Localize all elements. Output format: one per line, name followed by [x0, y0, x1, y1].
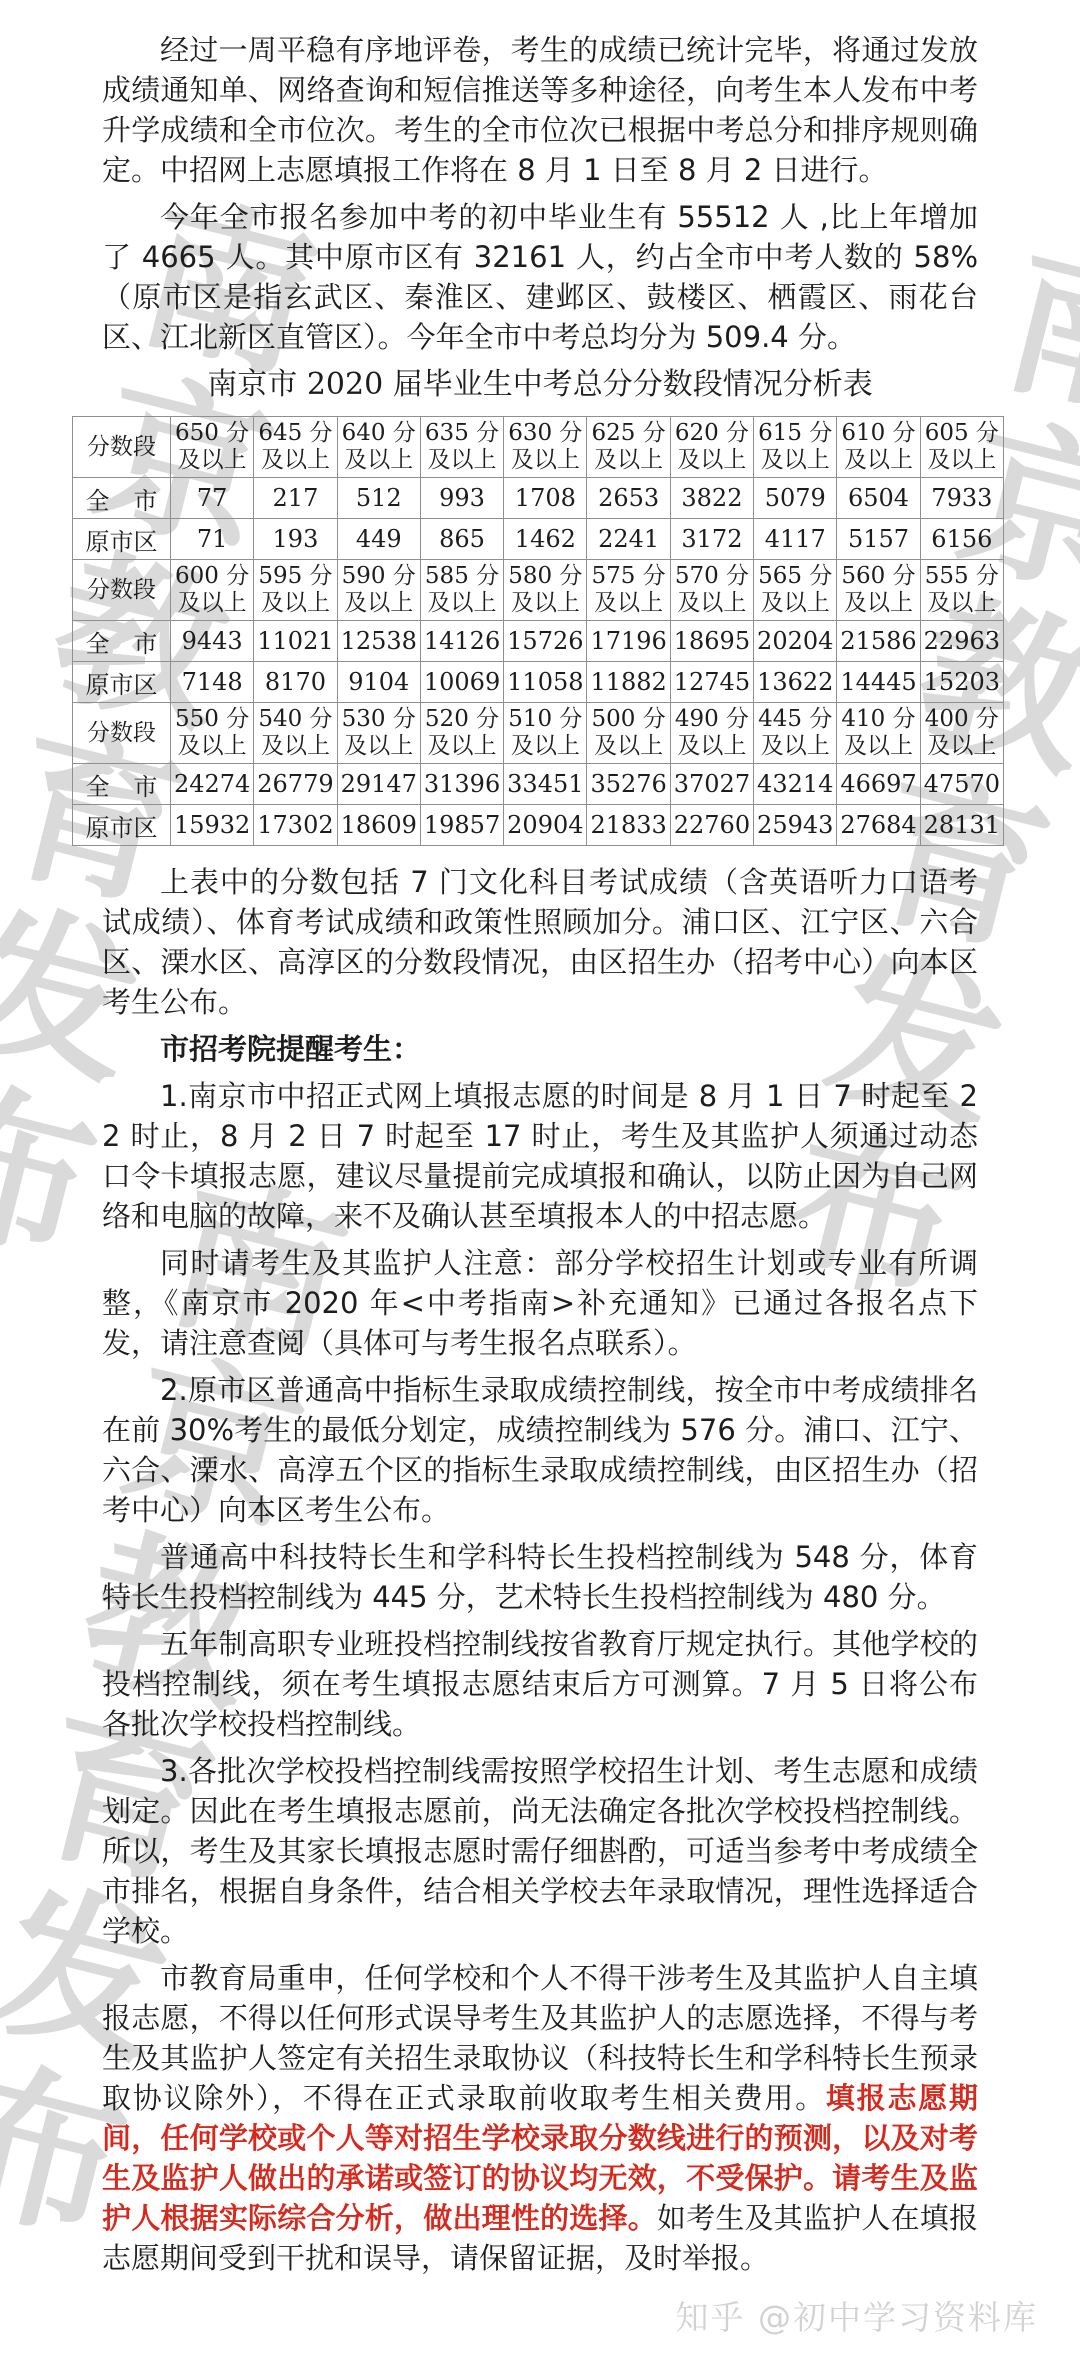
segment-cell: 610 分及以上 — [837, 417, 920, 478]
segment-cell: 410 分及以上 — [837, 703, 920, 764]
segment-cell: 635 分及以上 — [420, 417, 503, 478]
segment-suffix: 及以上 — [421, 447, 503, 474]
count-cell: 17196 — [587, 621, 670, 662]
count-cell: 5157 — [837, 519, 920, 560]
segment-score: 510 分 — [504, 706, 586, 733]
segment-score: 635 分 — [421, 420, 503, 447]
segment-score: 575 分 — [587, 563, 669, 590]
segment-header-label: 分数段 — [73, 560, 171, 621]
count-cell: 865 — [420, 519, 503, 560]
count-cell: 37027 — [670, 764, 753, 805]
paragraph-special-student-lines: 普通高中科技特长生和学科特长生投档控制线为 548 分，体育特长生投档控制线为 … — [102, 1537, 978, 1617]
segment-cell: 580 分及以上 — [504, 560, 587, 621]
count-cell: 449 — [337, 519, 420, 560]
count-cell: 2241 — [587, 519, 670, 560]
segment-score: 590 分 — [338, 563, 420, 590]
reminder-heading: 市招考院提醒考生： — [102, 1029, 978, 1069]
count-cell: 11021 — [254, 621, 337, 662]
segment-cell: 500 分及以上 — [587, 703, 670, 764]
count-cell: 71 — [171, 519, 254, 560]
segment-suffix: 及以上 — [254, 447, 336, 474]
count-cell: 12745 — [670, 662, 753, 703]
count-cell: 19857 — [420, 805, 503, 846]
segment-cell: 510 分及以上 — [504, 703, 587, 764]
segment-suffix: 及以上 — [921, 447, 1003, 474]
segment-cell: 600 分及以上 — [171, 560, 254, 621]
segment-score: 410 分 — [837, 706, 919, 733]
count-cell: 25943 — [754, 805, 837, 846]
segment-score: 600 分 — [171, 563, 253, 590]
paragraph-bureau-reiterate: 市教育局重申，任何学校和个人不得干涉考生及其监护人自主填报志愿，不得以任何形式误… — [102, 1958, 978, 2278]
segment-score: 570 分 — [671, 563, 753, 590]
score-distribution-table: 分数段650 分及以上645 分及以上640 分及以上635 分及以上630 分… — [72, 416, 1004, 846]
segment-suffix: 及以上 — [587, 733, 669, 760]
segment-suffix: 及以上 — [671, 733, 753, 760]
segment-cell: 650 分及以上 — [171, 417, 254, 478]
segment-cell: 400 分及以上 — [920, 703, 1003, 764]
count-cell: 5079 — [754, 478, 837, 519]
segment-header-label: 分数段 — [73, 417, 171, 478]
segment-score: 650 分 — [171, 420, 253, 447]
segment-cell: 615 分及以上 — [754, 417, 837, 478]
count-cell: 35276 — [587, 764, 670, 805]
segment-header-row: 分数段550 分及以上540 分及以上530 分及以上520 分及以上510 分… — [73, 703, 1004, 764]
paragraph-batch-lines: 3.各批次学校投档控制线需按照学校招生计划、考生志愿和成绩划定。因此在考生填报志… — [102, 1751, 978, 1951]
count-cell: 21586 — [837, 621, 920, 662]
segment-score: 550 分 — [171, 706, 253, 733]
segment-cell: 550 分及以上 — [171, 703, 254, 764]
segment-cell: 585 分及以上 — [420, 560, 503, 621]
count-cell: 47570 — [920, 764, 1003, 805]
segment-suffix: 及以上 — [504, 447, 586, 474]
citywide-row: 全 市2427426779291473139633451352763702743… — [73, 764, 1004, 805]
count-cell: 15726 — [504, 621, 587, 662]
row-label: 原市区 — [73, 519, 171, 560]
segment-suffix: 及以上 — [338, 447, 420, 474]
count-cell: 24274 — [171, 764, 254, 805]
score-table-body: 分数段650 分及以上645 分及以上640 分及以上635 分及以上630 分… — [73, 417, 1004, 846]
segment-cell: 575 分及以上 — [587, 560, 670, 621]
old-district-row: 原市区1593217302186091985720904218332276025… — [73, 805, 1004, 846]
count-cell: 2653 — [587, 478, 670, 519]
segment-suffix: 及以上 — [754, 590, 836, 617]
segment-cell: 530 分及以上 — [337, 703, 420, 764]
citywide-row: 全 市77217512993170826533822507965047933 — [73, 478, 1004, 519]
segment-score: 605 分 — [921, 420, 1003, 447]
segment-suffix: 及以上 — [504, 590, 586, 617]
segment-cell: 590 分及以上 — [337, 560, 420, 621]
count-cell: 9443 — [171, 621, 254, 662]
count-cell: 11058 — [504, 662, 587, 703]
count-cell: 217 — [254, 478, 337, 519]
count-cell: 77 — [171, 478, 254, 519]
count-cell: 17302 — [254, 805, 337, 846]
paragraph-quota-control-line: 2.原市区普通高中指标生录取成绩控制线，按全市中考成绩排名在前 30%考生的最低… — [102, 1370, 978, 1530]
segment-suffix: 及以上 — [587, 590, 669, 617]
score-table-title: 南京市 2020 届毕业生中考总分分数段情况分析表 — [102, 364, 978, 406]
count-cell: 7148 — [171, 662, 254, 703]
count-cell: 33451 — [504, 764, 587, 805]
segment-cell: 555 分及以上 — [920, 560, 1003, 621]
citywide-row: 全 市9443110211253814126157261719618695202… — [73, 621, 1004, 662]
count-cell: 7933 — [920, 478, 1003, 519]
count-cell: 21833 — [587, 805, 670, 846]
segment-cell: 560 分及以上 — [837, 560, 920, 621]
segment-suffix: 及以上 — [504, 733, 586, 760]
count-cell: 26779 — [254, 764, 337, 805]
segment-suffix: 及以上 — [754, 733, 836, 760]
segment-score: 565 分 — [754, 563, 836, 590]
segment-cell: 605 分及以上 — [920, 417, 1003, 478]
segment-score: 595 分 — [254, 563, 336, 590]
segment-cell: 540 分及以上 — [254, 703, 337, 764]
paragraph-plan-adjustment: 同时请考生及其监护人注意：部分学校招生计划或专业有所调整，《南京市 2020 年… — [102, 1243, 978, 1363]
count-cell: 3172 — [670, 519, 753, 560]
count-cell: 13622 — [754, 662, 837, 703]
row-label: 全 市 — [73, 478, 171, 519]
count-cell: 14445 — [837, 662, 920, 703]
segment-suffix: 及以上 — [587, 447, 669, 474]
count-cell: 993 — [420, 478, 503, 519]
row-label: 原市区 — [73, 805, 171, 846]
segment-score: 560 分 — [837, 563, 919, 590]
segment-suffix: 及以上 — [837, 447, 919, 474]
count-cell: 3822 — [670, 478, 753, 519]
segment-suffix: 及以上 — [421, 590, 503, 617]
segment-score: 500 分 — [587, 706, 669, 733]
segment-score: 610 分 — [837, 420, 919, 447]
segment-header-row: 分数段650 分及以上645 分及以上640 分及以上635 分及以上630 分… — [73, 417, 1004, 478]
count-cell: 15932 — [171, 805, 254, 846]
old-district-row: 原市区71193449865146222413172411751576156 — [73, 519, 1004, 560]
segment-cell: 445 分及以上 — [754, 703, 837, 764]
segment-score: 580 分 — [504, 563, 586, 590]
segment-suffix: 及以上 — [171, 590, 253, 617]
segment-header-row: 分数段600 分及以上595 分及以上590 分及以上585 分及以上580 分… — [73, 560, 1004, 621]
segment-suffix: 及以上 — [421, 733, 503, 760]
segment-suffix: 及以上 — [754, 447, 836, 474]
segment-cell: 645 分及以上 — [254, 417, 337, 478]
count-cell: 22760 — [670, 805, 753, 846]
segment-cell: 620 分及以上 — [670, 417, 753, 478]
segment-cell: 640 分及以上 — [337, 417, 420, 478]
segment-cell: 570 分及以上 — [670, 560, 753, 621]
count-cell: 31396 — [420, 764, 503, 805]
count-cell: 14126 — [420, 621, 503, 662]
old-district-row: 原市区7148817091041006911058118821274513622… — [73, 662, 1004, 703]
zhihu-credit-watermark: 知乎 @初中学习资料库 — [676, 2292, 1039, 2339]
segment-suffix: 及以上 — [171, 733, 253, 760]
count-cell: 1462 — [504, 519, 587, 560]
row-label: 原市区 — [73, 662, 171, 703]
paragraph-vocational-lines: 五年制高职专业班投档控制线按省教育厅规定执行。其他学校的投档控制线，须在考生填报… — [102, 1624, 978, 1744]
segment-cell: 565 分及以上 — [754, 560, 837, 621]
count-cell: 43214 — [754, 764, 837, 805]
segment-suffix: 及以上 — [671, 590, 753, 617]
segment-score: 620 分 — [671, 420, 753, 447]
segment-score: 640 分 — [338, 420, 420, 447]
count-cell: 46697 — [837, 764, 920, 805]
segment-suffix: 及以上 — [171, 447, 253, 474]
segment-score: 520 分 — [421, 706, 503, 733]
segment-suffix: 及以上 — [254, 733, 336, 760]
segment-score: 400 分 — [921, 706, 1003, 733]
count-cell: 15203 — [920, 662, 1003, 703]
count-cell: 10069 — [420, 662, 503, 703]
count-cell: 18695 — [670, 621, 753, 662]
segment-suffix: 及以上 — [338, 733, 420, 760]
paragraph-candidate-counts: 今年全市报名参加中考的初中毕业生有 55512 人 ,比上年增加了 4665 人… — [102, 197, 978, 357]
segment-cell: 625 分及以上 — [587, 417, 670, 478]
segment-score: 630 分 — [504, 420, 586, 447]
segment-score: 530 分 — [338, 706, 420, 733]
count-cell: 28131 — [920, 805, 1003, 846]
count-cell: 22963 — [920, 621, 1003, 662]
notice-document: 经过一周平稳有序地评卷，考生的成绩已统计完毕，将通过发放成绩通知单、网络查询和短… — [0, 0, 1080, 2278]
count-cell: 20204 — [754, 621, 837, 662]
count-cell: 9104 — [337, 662, 420, 703]
segment-score: 555 分 — [921, 563, 1003, 590]
count-cell: 8170 — [254, 662, 337, 703]
segment-cell: 490 分及以上 — [670, 703, 753, 764]
paragraph-filling-time: 1.南京市中招正式网上填报志愿的时间是 8 月 1 日 7 时起至 22 时止，… — [102, 1076, 978, 1236]
count-cell: 20904 — [504, 805, 587, 846]
segment-score: 540 分 — [254, 706, 336, 733]
count-cell: 29147 — [337, 764, 420, 805]
count-cell: 4117 — [754, 519, 837, 560]
segment-suffix: 及以上 — [254, 590, 336, 617]
segment-suffix: 及以上 — [921, 590, 1003, 617]
segment-cell: 630 分及以上 — [504, 417, 587, 478]
segment-score: 615 分 — [754, 420, 836, 447]
segment-score: 445 分 — [754, 706, 836, 733]
count-cell: 18609 — [337, 805, 420, 846]
segment-suffix: 及以上 — [837, 733, 919, 760]
row-label: 全 市 — [73, 764, 171, 805]
segment-score: 625 分 — [587, 420, 669, 447]
segment-suffix: 及以上 — [921, 733, 1003, 760]
segment-suffix: 及以上 — [338, 590, 420, 617]
count-cell: 11882 — [587, 662, 670, 703]
count-cell: 6504 — [837, 478, 920, 519]
count-cell: 193 — [254, 519, 337, 560]
count-cell: 6156 — [920, 519, 1003, 560]
count-cell: 12538 — [337, 621, 420, 662]
count-cell: 1708 — [504, 478, 587, 519]
segment-cell: 595 分及以上 — [254, 560, 337, 621]
segment-header-label: 分数段 — [73, 703, 171, 764]
segment-score: 490 分 — [671, 706, 753, 733]
segment-suffix: 及以上 — [671, 447, 753, 474]
segment-suffix: 及以上 — [837, 590, 919, 617]
segment-cell: 520 分及以上 — [420, 703, 503, 764]
count-cell: 512 — [337, 478, 420, 519]
segment-score: 585 分 — [421, 563, 503, 590]
count-cell: 27684 — [837, 805, 920, 846]
paragraph-score-composition: 上表中的分数包括 7 门文化科目考试成绩（含英语听力口语考试成绩）、体育考试成绩… — [102, 862, 978, 1022]
row-label: 全 市 — [73, 621, 171, 662]
segment-score: 645 分 — [254, 420, 336, 447]
paragraph-scoring-complete: 经过一周平稳有序地评卷，考生的成绩已统计完毕，将通过发放成绩通知单、网络查询和短… — [102, 30, 978, 190]
